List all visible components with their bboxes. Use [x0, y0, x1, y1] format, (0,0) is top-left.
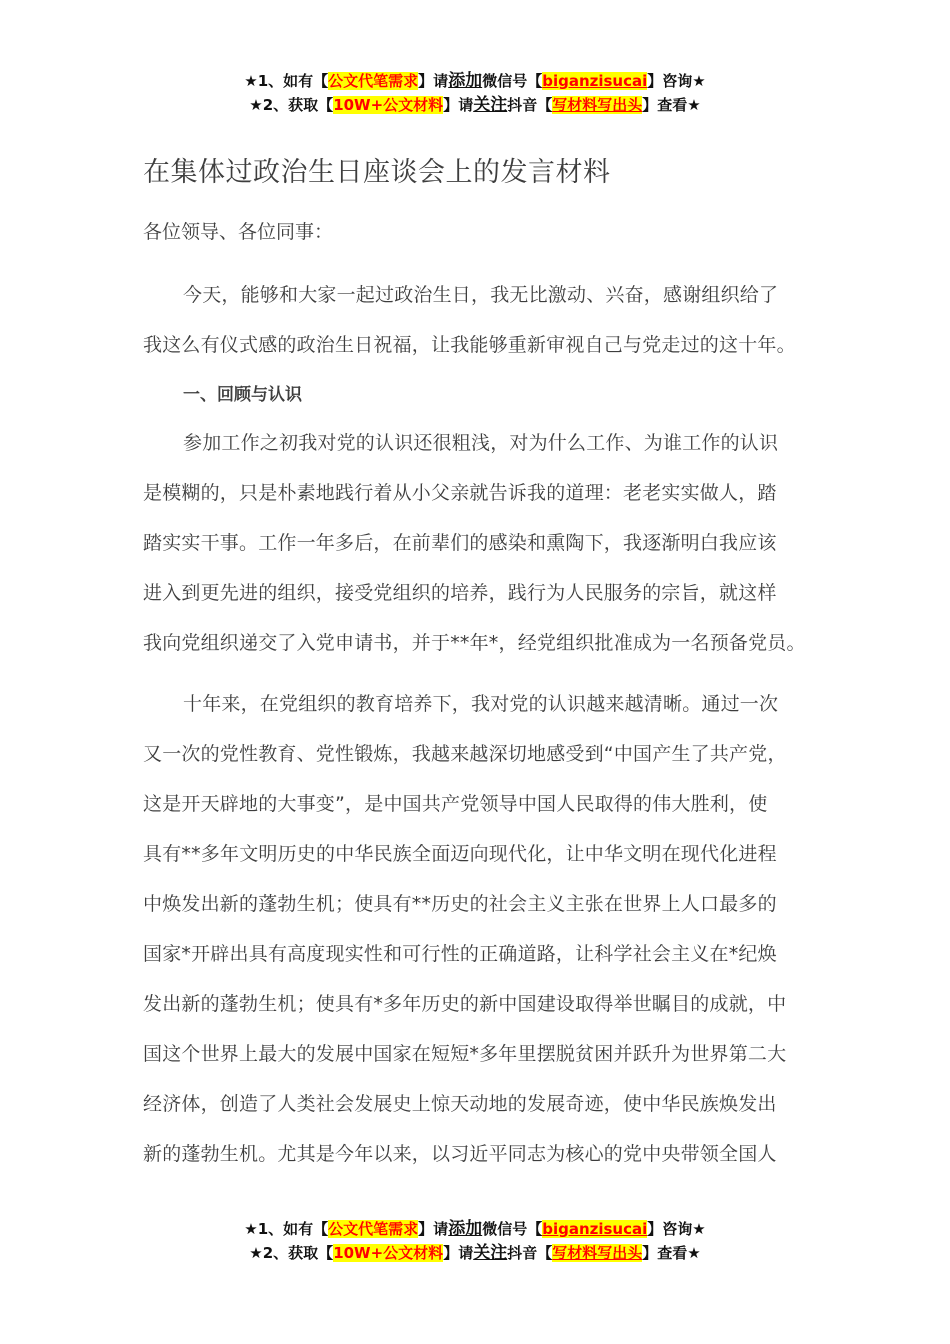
body-text-line: 进入到更先进的组织，接受党组织的培养，践行为人民服务的宗旨，就这样: [143, 578, 777, 605]
promo-text: 】请: [418, 72, 448, 90]
promo-text: 微信号【: [482, 72, 542, 90]
promo-text: 抖音【: [507, 1244, 552, 1262]
promo-line-2: ★2、获取【10W+公文材料】请关注抖音【写材料写出头】查看★: [0, 93, 950, 117]
promo-text: ★2、获取【: [249, 1244, 333, 1262]
body-text-line: 中焕发出新的蓬勃生机；使具有**历史的社会主义主张在世界上人口最多的: [143, 889, 777, 916]
promo-highlight: 10W+公文材料: [333, 1244, 443, 1262]
promo-line-1: ★1、如有【公文代笔需求】请添加微信号【biganzisucai】咨询★: [0, 1217, 950, 1241]
promo-text: 】咨询★: [647, 72, 705, 90]
body-text-line: 又一次的党性教育、党性锻炼，我越来越深切地感受到“中国产生了共产党，: [143, 739, 787, 766]
body-text-line: 国这个世界上最大的发展中国家在短短*多年里摆脱贫困并跃升为世界第二大: [143, 1039, 786, 1066]
promo-douyin-id: 写材料写出头: [552, 96, 642, 114]
body-text-line: 今天，能够和大家一起过政治生日，我无比激动、兴奋，感谢组织给了: [183, 280, 778, 307]
promo-text: 】查看★: [642, 1244, 700, 1262]
promo-text: 】查看★: [642, 96, 700, 114]
section-heading: 一、回顾与认识: [183, 380, 302, 405]
promo-text: 】请: [418, 1220, 448, 1238]
promo-emphasis: 添加: [448, 1219, 482, 1239]
body-text-line: 是模糊的，只是朴素地践行着从小父亲就告诉我的道理：老老实实做人，踏: [143, 478, 777, 505]
promo-emphasis: 关注: [473, 1243, 507, 1263]
promo-douyin-id: 写材料写出头: [552, 1244, 642, 1262]
body-text-line: 我这么有仪式感的政治生日祝福，让我能够重新审视自己与党走过的这十年。: [143, 330, 796, 357]
top-promo-banner: ★1、如有【公文代笔需求】请添加微信号【biganzisucai】咨询★ ★2、…: [0, 69, 950, 117]
body-text-line: 经济体，创造了人类社会发展史上惊天动地的发展奇迹，使中华民族焕发出: [143, 1089, 777, 1116]
promo-highlight: 公文代笔需求: [328, 72, 418, 90]
body-text-line: 发出新的蓬勃生机；使具有*多年历史的新中国建设取得举世瞩目的成就，中: [143, 989, 786, 1016]
promo-text: 】请: [443, 96, 473, 114]
promo-wechat-id: biganzisucai: [542, 72, 647, 90]
document-title: 在集体过政治生日座谈会上的发言材料: [143, 150, 611, 189]
salutation: 各位领导、各位同事：: [143, 217, 333, 244]
promo-line-2: ★2、获取【10W+公文材料】请关注抖音【写材料写出头】查看★: [0, 1241, 950, 1265]
promo-line-1: ★1、如有【公文代笔需求】请添加微信号【biganzisucai】咨询★: [0, 69, 950, 93]
promo-text: 】咨询★: [647, 1220, 705, 1238]
promo-text: 微信号【: [482, 1220, 542, 1238]
body-text-line: 国家*开辟出具有高度现实性和可行性的正确道路，让科学社会主义在*纪焕: [143, 939, 777, 966]
body-text-line: 参加工作之初我对党的认识还很粗浅，对为什么工作、为谁工作的认识: [183, 428, 778, 455]
promo-emphasis: 关注: [473, 95, 507, 115]
promo-text: ★1、如有【: [244, 72, 328, 90]
promo-text: 】请: [443, 1244, 473, 1262]
body-text-line: 这是开天辟地的大事变”，是中国共产党领导中国人民取得的伟大胜利，使: [143, 789, 767, 816]
promo-highlight: 10W+公文材料: [333, 96, 443, 114]
promo-text: ★1、如有【: [244, 1220, 328, 1238]
promo-highlight: 公文代笔需求: [328, 1220, 418, 1238]
bottom-promo-banner: ★1、如有【公文代笔需求】请添加微信号【biganzisucai】咨询★ ★2、…: [0, 1217, 950, 1265]
promo-text: 抖音【: [507, 96, 552, 114]
body-text-line: 十年来，在党组织的教育培养下，我对党的认识越来越清晰。通过一次: [183, 689, 778, 716]
promo-wechat-id: biganzisucai: [542, 1220, 647, 1238]
body-text-line: 新的蓬勃生机。尤其是今年以来，以习近平同志为核心的党中央带领全国人: [143, 1139, 777, 1166]
promo-emphasis: 添加: [448, 71, 482, 91]
body-text-line: 具有**多年文明历史的中华民族全面迈向现代化，让中华文明在现代化进程: [143, 839, 777, 866]
body-text-line: 踏实实干事。工作一年多后，在前辈们的感染和熏陶下，我逐渐明白我应该: [143, 528, 777, 555]
promo-text: ★2、获取【: [249, 96, 333, 114]
body-text-line: 我向党组织递交了入党申请书，并于**年*，经党组织批准成为一名预备党员。: [143, 628, 806, 655]
